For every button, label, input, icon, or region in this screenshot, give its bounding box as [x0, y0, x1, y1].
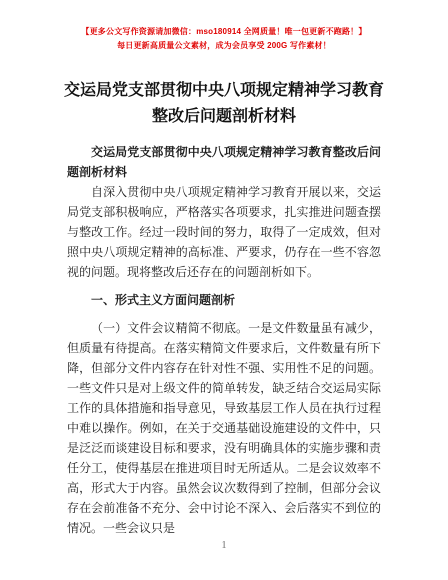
document-title-line-1: 交运局党支部贯彻中央八项规定精神学习教育: [30, 78, 418, 104]
promo-notice: 【更多公文写作资源请加微信：mso180914 全网质量！唯一包更新不跑路！】 …: [0, 25, 448, 53]
body-paragraph: 自深入贯彻中央八项规定精神学习教育开展以来，交运局党支部积极响应，严格落实各项要…: [67, 182, 381, 282]
document-title-line-2: 整改后问题剖析材料: [30, 104, 418, 130]
subtitle-paragraph: 交运局党支部贯彻中央八项规定精神学习教育整改后问题剖析材料: [67, 142, 381, 182]
promo-notice-line-2: 每日更新高质量公文素材，成为会员享受 200G 写作素材！: [0, 39, 448, 53]
page-number: 1: [0, 540, 448, 551]
document-title: 交运局党支部贯彻中央八项规定精神学习教育 整改后问题剖析材料: [30, 78, 418, 130]
document-body: 交运局党支部贯彻中央八项规定精神学习教育整改后问题剖析材料 自深入贯彻中央八项规…: [67, 142, 381, 538]
section-heading: 一、形式主义方面问题剖析: [67, 282, 381, 318]
section-paragraph: （一）文件会议精简不彻底。一是文件数量虽有减少，但质量有待提高。在落实精简文件要…: [67, 318, 381, 538]
promo-notice-line-1: 【更多公文写作资源请加微信：mso180914 全网质量！唯一包更新不跑路！】: [0, 25, 448, 39]
document-page: 【更多公文写作资源请加微信：mso180914 全网质量！唯一包更新不跑路！】 …: [0, 0, 448, 580]
